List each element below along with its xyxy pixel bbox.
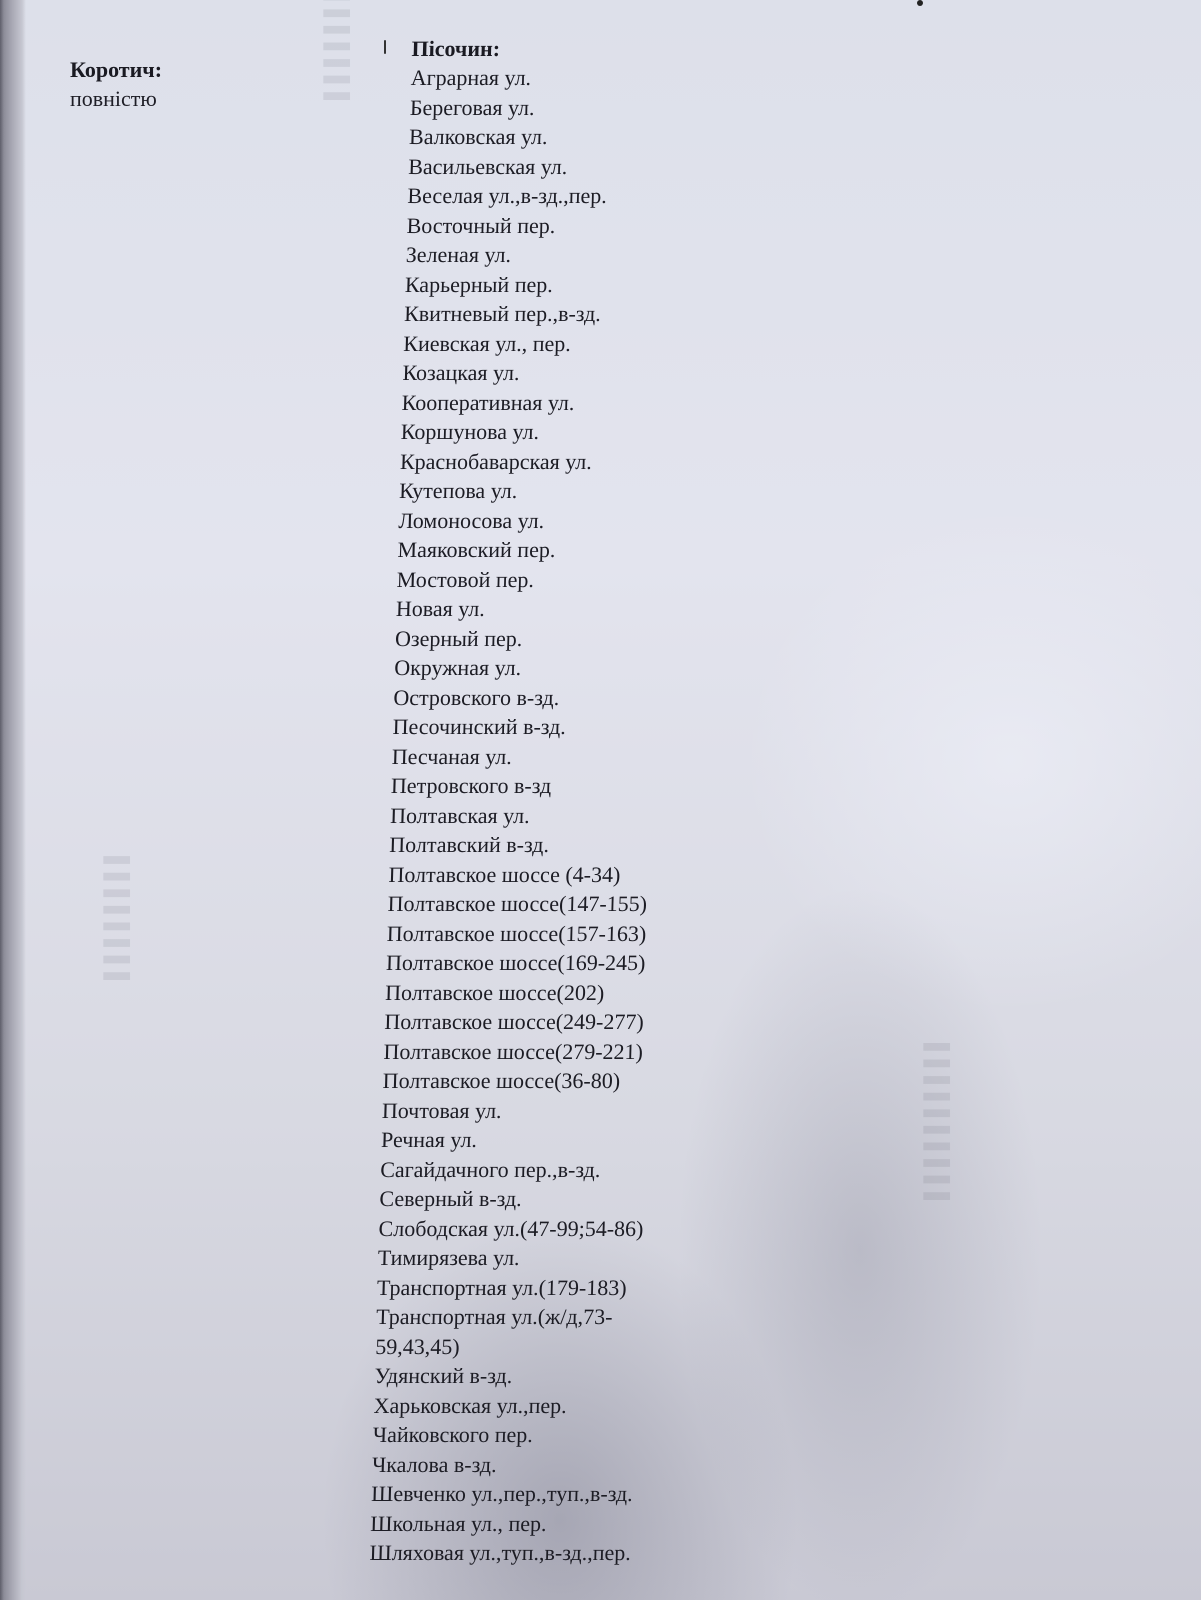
street-item: Валковская ул. [409, 122, 710, 152]
street-item: Киевская ул., пер. [403, 329, 704, 359]
street-item: Озерный пер. [395, 624, 696, 654]
street-item: Восточный пер. [406, 211, 707, 241]
bleed-through-text: ▌▌▌▌▌▌▌▌ [104, 847, 130, 980]
street-item: Полтавское шоссе (4-34) [388, 860, 689, 890]
street-item: Чайковского пер. [372, 1420, 673, 1450]
street-item: Шляховая ул.,туп.,в-зд.,пер. [369, 1538, 670, 1568]
binding-edge [0, 0, 26, 1600]
street-item: Тимирязева ул. [377, 1243, 678, 1273]
street-item: Полтавское шоссе(202) [385, 978, 686, 1008]
street-item: Удянский в-зд. [374, 1361, 675, 1391]
street-item: Кутепова ул. [399, 476, 700, 506]
street-item: Васильевская ул. [408, 152, 709, 182]
street-item: Петровского в-зд [391, 771, 692, 801]
ink-mark [384, 40, 386, 54]
korotych-section: Коротич: повністю [70, 55, 162, 113]
street-item: Транспортная ул.(ж/д,73-59,43,45) [375, 1302, 677, 1361]
pisochyn-heading: Пісочин: [411, 34, 712, 63]
street-item: Краснобаварская ул. [400, 447, 701, 477]
street-item: Аграрная ул. [410, 63, 711, 93]
street-item: Полтавский в-зд. [389, 830, 690, 860]
street-item: Козацкая ул. [402, 358, 703, 388]
bleed-through-text: ▌▌▌▌▌▌▌▌▌▌▌▌▌▌▌▌▌▌▌▌▌▌▌▌▌▌▌▌▌▌▌▌▌▌▌▌▌▌▌▌… [324, 0, 350, 100]
street-item: Школьная ул., пер. [370, 1509, 671, 1539]
korotych-coverage-text: повністю [70, 84, 162, 113]
korotych-heading: Коротич: [70, 55, 162, 84]
ink-dot [917, 0, 923, 6]
street-item: Новая ул. [396, 594, 697, 624]
street-item: Слободская ул.(47-99;54-86) [378, 1214, 679, 1244]
street-item: Полтавское шоссе(147-155) [387, 889, 688, 919]
street-item: Сагайдачного пер.,в-зд. [380, 1155, 681, 1185]
street-item: Речная ул. [381, 1125, 682, 1155]
street-item: Песочинский в-зд. [392, 712, 693, 742]
street-item: Песчаная ул. [391, 742, 692, 772]
street-item: Веселая ул.,в-зд.,пер. [407, 181, 708, 211]
street-item: Полтавское шоссе(169-245) [386, 948, 687, 978]
street-item: Квитневый пер.,в-зд. [404, 299, 705, 329]
pisochyn-section: Пісочин: Аграрная ул.Береговая ул.Валков… [369, 34, 712, 1568]
street-list: Аграрная ул.Береговая ул.Валковская ул.В… [369, 63, 711, 1568]
street-item: Транспортная ул.(179-183) [377, 1273, 678, 1303]
street-item: Полтавское шоссе(157-163) [386, 919, 687, 949]
paper-page: ▌▌▌▌▌▌▌▌▌▌▌▌▌▌▌▌▌▌▌▌▌▌▌▌▌▌▌▌▌▌▌▌▌▌▌▌▌▌▌▌… [0, 0, 1201, 1600]
bleed-through-text: ▌▌▌▌▌▌▌▌▌▌ [924, 1034, 950, 1200]
street-item: Кооперативная ул. [401, 388, 702, 418]
street-item: Почтовая ул. [382, 1096, 683, 1126]
street-item: Окружная ул. [394, 653, 695, 683]
street-item: Полтавское шоссе(249-277) [384, 1007, 685, 1037]
street-item: Полтавское шоссе(36-80) [382, 1066, 683, 1096]
street-item: Полтавское шоссе(279-221) [383, 1037, 684, 1067]
street-item: Карьерный пер. [405, 270, 706, 300]
street-item: Полтавская ул. [390, 801, 691, 831]
street-item: Коршунова ул. [400, 417, 701, 447]
street-item: Харьковская ул.,пер. [373, 1391, 674, 1421]
street-item: Маяковский пер. [397, 535, 698, 565]
street-item: Береговая ул. [410, 93, 711, 123]
street-item: Северный в-зд. [379, 1184, 680, 1214]
street-item: Мостовой пер. [396, 565, 697, 595]
street-item: Шевченко ул.,пер.,туп.,в-зд. [371, 1479, 672, 1509]
street-item: Зеленая ул. [405, 240, 706, 270]
street-item: Ломоносова ул. [398, 506, 699, 536]
street-item: Островского в-зд. [393, 683, 694, 713]
street-item: Чкалова в-зд. [372, 1450, 673, 1480]
